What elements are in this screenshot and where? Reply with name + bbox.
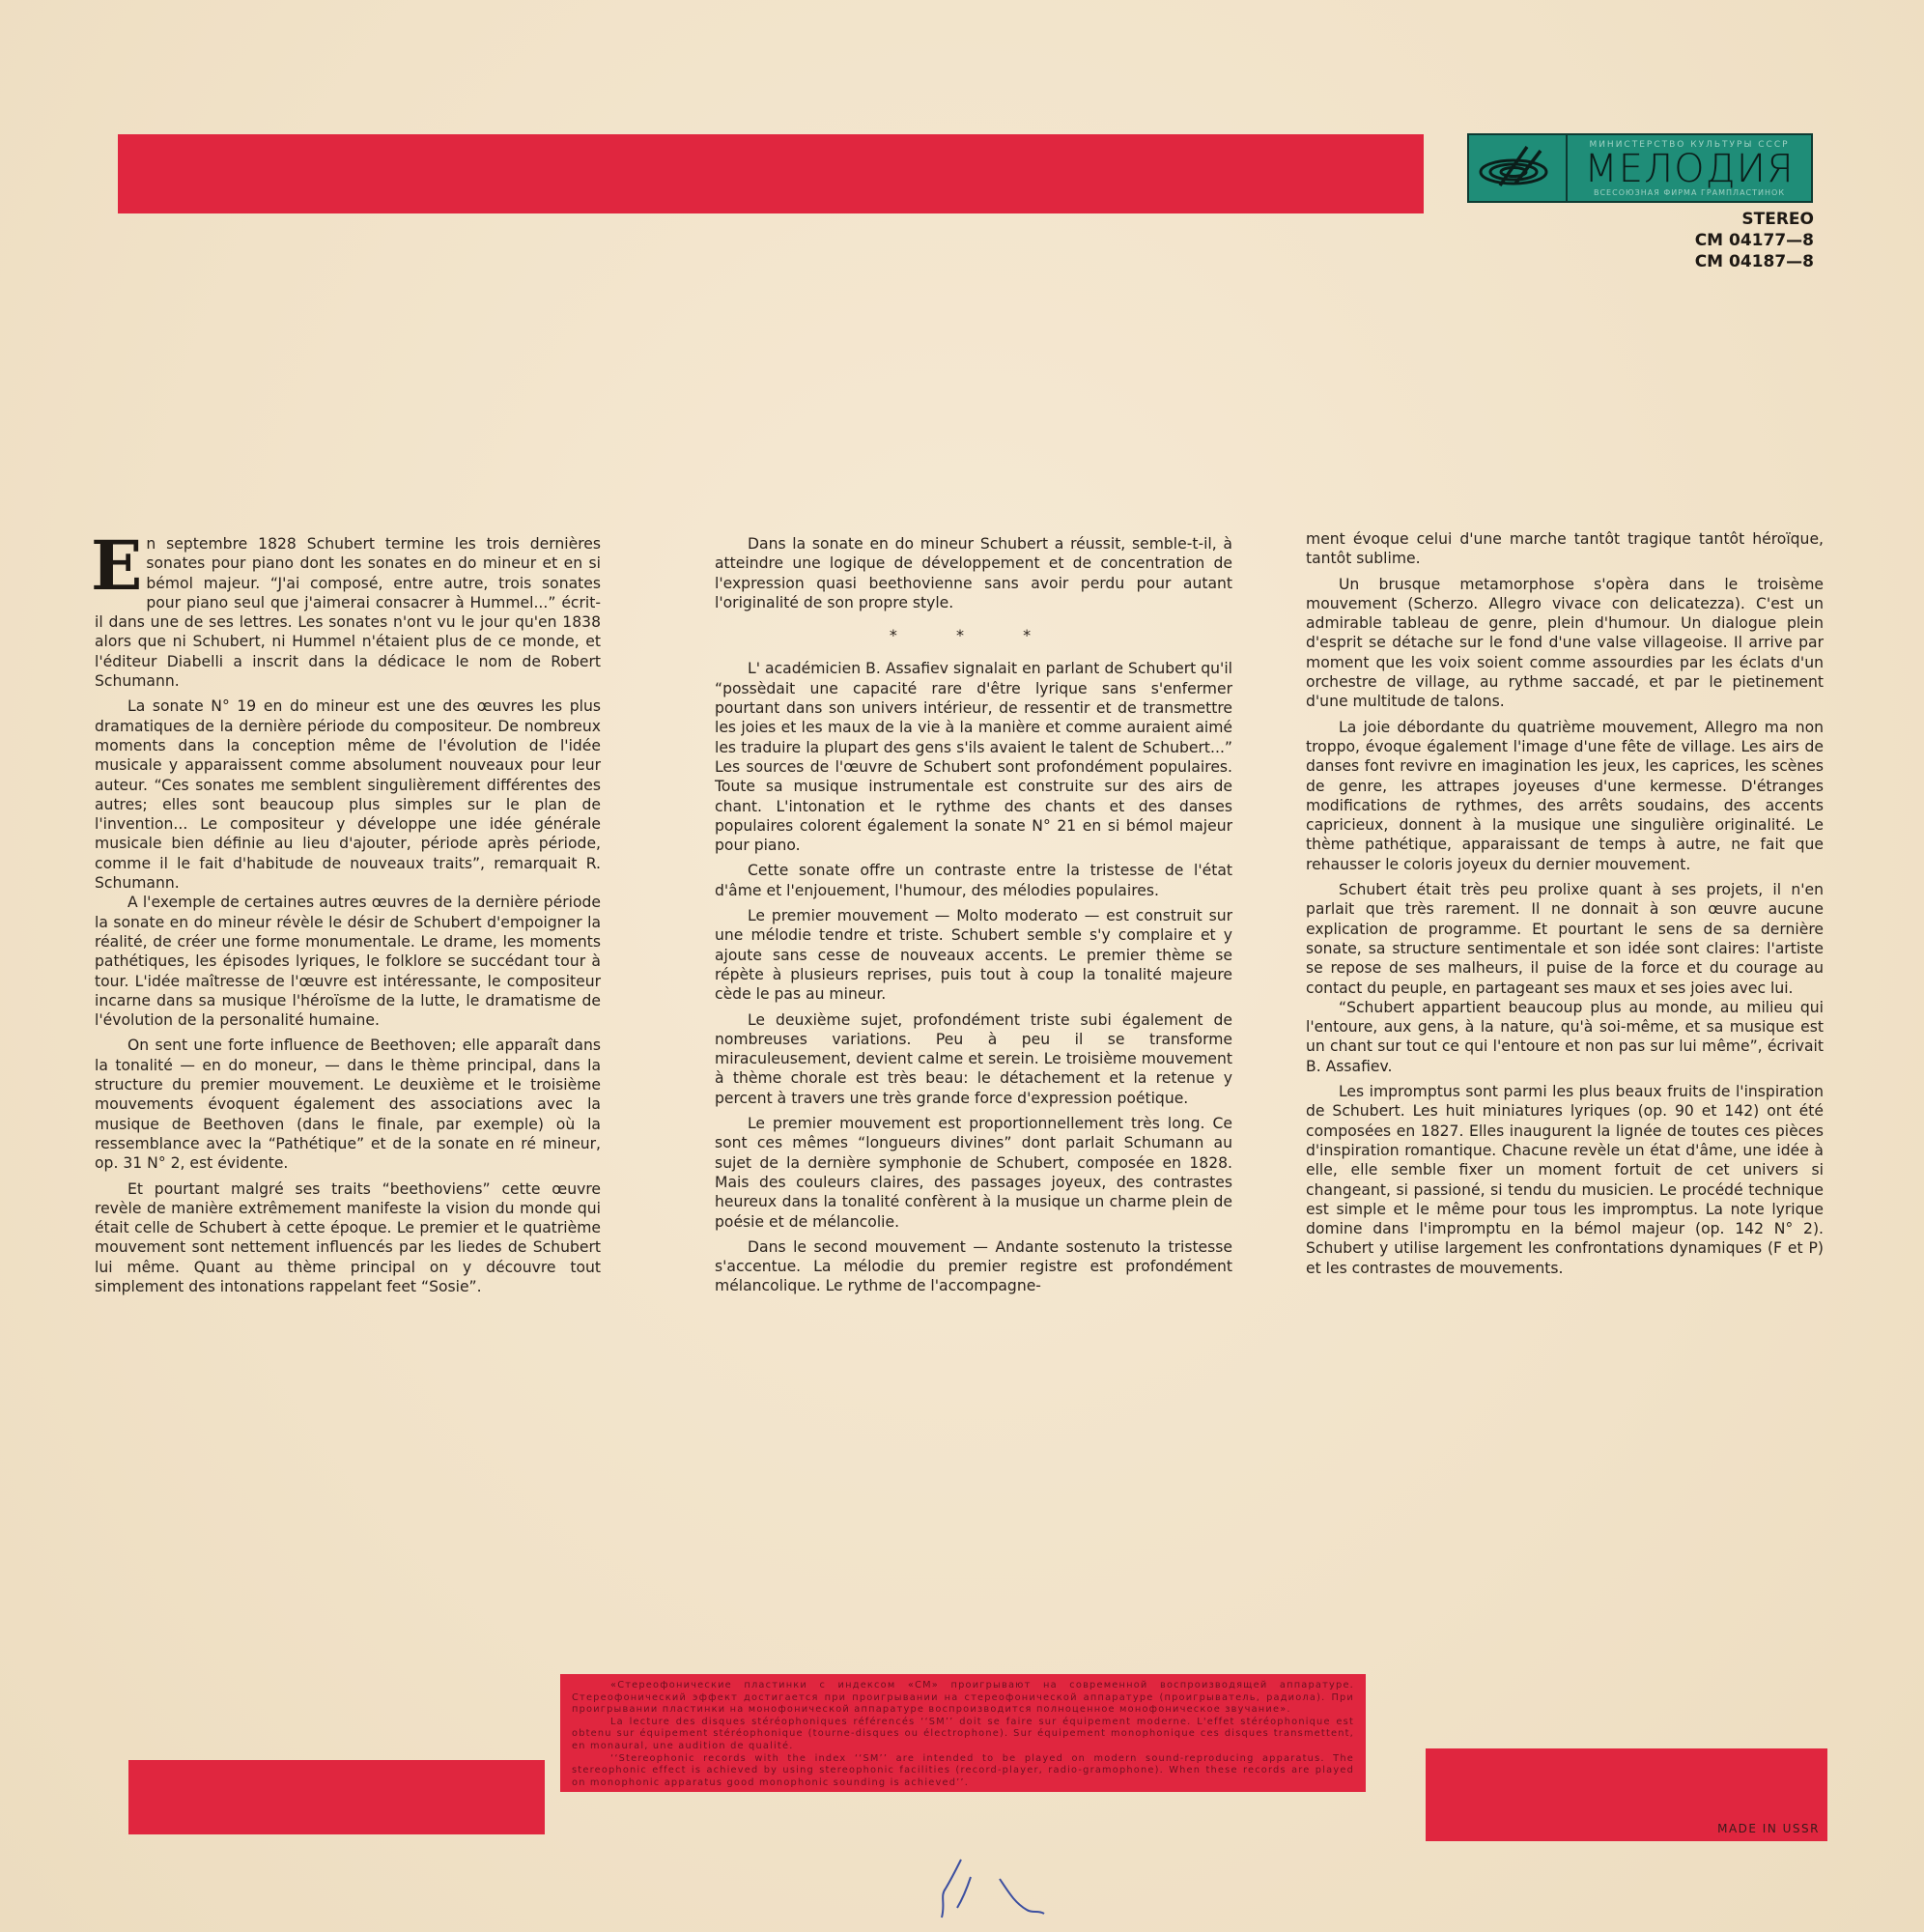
melodiya-logo: МИНИСТЕРСТВО КУЛЬТУРЫ СССР МЕЛОДИЯ ВСЕСО… xyxy=(1467,133,1813,203)
bottom-right-red-band: MADE IN USSR xyxy=(1426,1748,1827,1841)
text-column-2: Dans la sonate en do mineur Schubert a r… xyxy=(715,534,1232,1302)
handwritten-mark-icon xyxy=(932,1850,1048,1927)
format-label: STEREO xyxy=(1695,209,1814,230)
notice-russian: «Стереофонические пластинки с индексом «… xyxy=(572,1680,1354,1717)
paragraph: A l'exemple de certaines autres œuvres d… xyxy=(95,893,601,1030)
melodiya-emblem-icon xyxy=(1469,135,1568,201)
paragraph: Un brusque metamorphose s'opèra dans le … xyxy=(1306,575,1824,712)
paragraph: Les impromptus sont parmi les plus beaux… xyxy=(1306,1082,1824,1278)
catalog-number: СМ 04187—8 xyxy=(1695,251,1814,272)
notice-french: La lecture des disques stéréophoniques r… xyxy=(572,1717,1354,1753)
catalog-number: СМ 04177—8 xyxy=(1695,230,1814,251)
paragraph: Dans la sonate en do mineur Schubert a r… xyxy=(715,534,1232,612)
paragraph: Et pourtant malgré ses traits “beethovie… xyxy=(95,1179,601,1297)
paragraph: Dans le second mouvement — Andante soste… xyxy=(715,1237,1232,1296)
text-column-1: En septembre 1828 Schubert termine les t… xyxy=(95,534,601,1302)
made-in-label: MADE IN USSR xyxy=(1717,1822,1820,1835)
paragraph: “Schubert appartient beaucoup plus au mo… xyxy=(1306,998,1824,1076)
paragraph: n septembre 1828 Schubert termine les tr… xyxy=(95,535,601,690)
paragraph: Schubert était très peu prolixe quant à … xyxy=(1306,880,1824,998)
section-separator: * * * xyxy=(715,626,1232,645)
paragraph: Le premier mouvement est proportionnelle… xyxy=(715,1114,1232,1232)
drop-cap: E xyxy=(91,538,142,594)
paragraph: On sent une forte influence de Beethoven… xyxy=(95,1036,601,1173)
stereo-notice-box: «Стереофонические пластинки с индексом «… xyxy=(560,1674,1366,1792)
paragraph: Le premier mouvement — Molto moderato — … xyxy=(715,906,1232,1004)
text-column-3: ment évoque celui d'une marche tantôt tr… xyxy=(1306,529,1824,1284)
brand-name: МЕЛОДИЯ xyxy=(1584,150,1794,188)
firm-text: ВСЕСОЮЗНАЯ ФИРМА ГРАМПЛАСТИНОК xyxy=(1594,188,1785,197)
paragraph: Cette sonate offre un contraste entre la… xyxy=(715,861,1232,900)
paragraph: La sonate N° 19 en do mineur est une des… xyxy=(95,696,601,893)
paragraph-continuation: ment évoque celui d'une marche tantôt tr… xyxy=(1306,529,1824,569)
bottom-left-red-band xyxy=(128,1760,545,1834)
catalog-info: STEREO СМ 04177—8 СМ 04187—8 xyxy=(1695,209,1814,272)
paragraph: L' académicien B. Assafiev signalait en … xyxy=(715,659,1232,855)
paragraph: Le deuxième sujet, profondément triste s… xyxy=(715,1010,1232,1108)
notice-english: ‘‘Stereophonic records with the index ‘‘… xyxy=(572,1753,1354,1790)
top-red-band xyxy=(118,134,1424,213)
paragraph: La joie débordante du quatrième mouvemen… xyxy=(1306,718,1824,874)
